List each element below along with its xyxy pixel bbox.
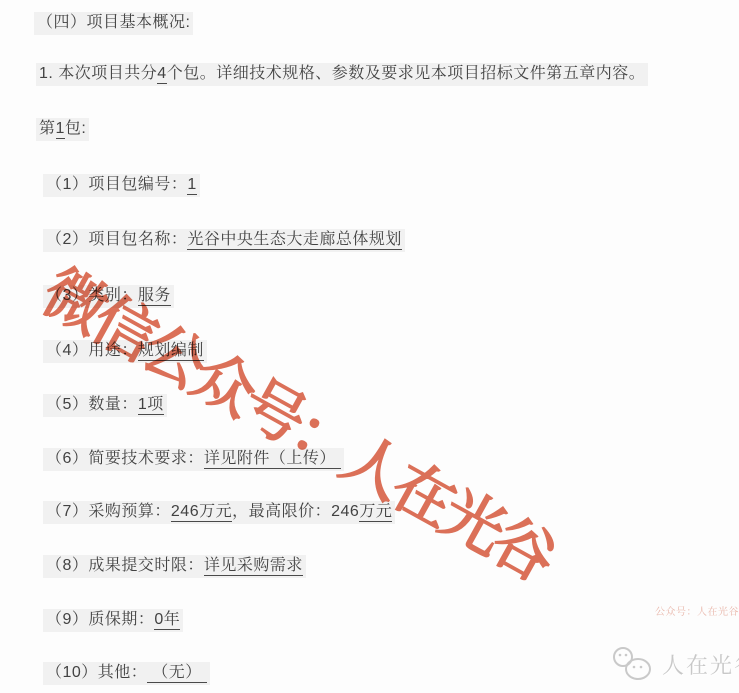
label-text: 第 — [39, 120, 56, 137]
underlined-value: 详见采购需求 — [204, 557, 303, 576]
label-text: 包: — [65, 120, 86, 137]
label-text: 1. 本次项目共分 — [39, 65, 157, 82]
wechat-bubbles-doodle-icon — [610, 645, 656, 683]
label-text: （6）简要技术要求： — [46, 450, 204, 467]
underlined-value: 万元 — [359, 503, 392, 522]
underlined-value: 1项 — [138, 396, 164, 415]
line-item-other: （10）其他： （无） — [43, 662, 210, 685]
line-package-count: 1. 本次项目共分4个包。详细技术规格、参数及要求见本项目招标文件第五章内容。 — [36, 63, 648, 86]
label-text: （8）成果提交时限： — [46, 557, 204, 574]
label-text: （3）类别： — [46, 287, 138, 304]
line-item-purpose: （4）用途：规划编制 — [43, 340, 207, 363]
line-item-tech-requirements: （6）简要技术要求：详见附件（上传） — [43, 448, 344, 471]
brand-logo-text: 人在光谷 — [662, 649, 739, 680]
line-item-warranty: （9）质保期：0年 — [43, 609, 183, 632]
line-item-package-name: （2）项目包名称：光谷中央生态大走廊总体规划 — [43, 229, 405, 252]
label-text: （1）项目包编号： — [46, 176, 187, 193]
label-text: （4）用途： — [46, 342, 138, 359]
underlined-value: 1 — [187, 176, 196, 195]
label-text: （四）项目基本概况: — [37, 14, 190, 31]
underlined-value: 246万元 — [171, 503, 232, 522]
watermark-corner-note: 公众号：人在光谷 — [655, 603, 739, 618]
label-text: 个包。详细技术规格、参数及要求见本项目招标文件第五章内容。 — [167, 65, 646, 82]
underlined-value: 0年 — [154, 611, 180, 630]
line-item-package-number: （1）项目包编号：1 — [43, 174, 200, 197]
underlined-value: 4 — [157, 65, 166, 84]
underlined-value: 光谷中央生态大走廊总体规划 — [187, 231, 402, 250]
line-package1-heading: 第1包: — [36, 118, 89, 141]
line-item-delivery-deadline: （8）成果提交时限：详见采购需求 — [43, 555, 306, 578]
label-text: （5）数量： — [46, 396, 138, 413]
brand-logo: 人在光谷 — [610, 645, 739, 683]
label-text: （7）采购预算： — [46, 503, 171, 520]
label-text: （10）其他： — [46, 664, 147, 681]
line-item-category: （3）类别：服务 — [43, 285, 174, 308]
line-item-quantity: （5）数量：1项 — [43, 394, 167, 417]
underlined-value: 服务 — [138, 287, 171, 306]
underlined-value: 规划编制 — [138, 342, 204, 361]
line-section-heading: （四）项目基本概况: — [34, 12, 193, 35]
label-text: （2）项目包名称： — [46, 231, 187, 248]
label-text: ，最高限价：246 — [232, 503, 359, 520]
label-text: （9）质保期： — [46, 611, 154, 628]
underlined-value: （无） — [147, 664, 206, 683]
line-item-budget: （7）采购预算：246万元，最高限价：246万元 — [43, 501, 395, 524]
underlined-value: 详见附件（上传） — [204, 450, 341, 469]
underlined-value: 1 — [56, 120, 65, 139]
